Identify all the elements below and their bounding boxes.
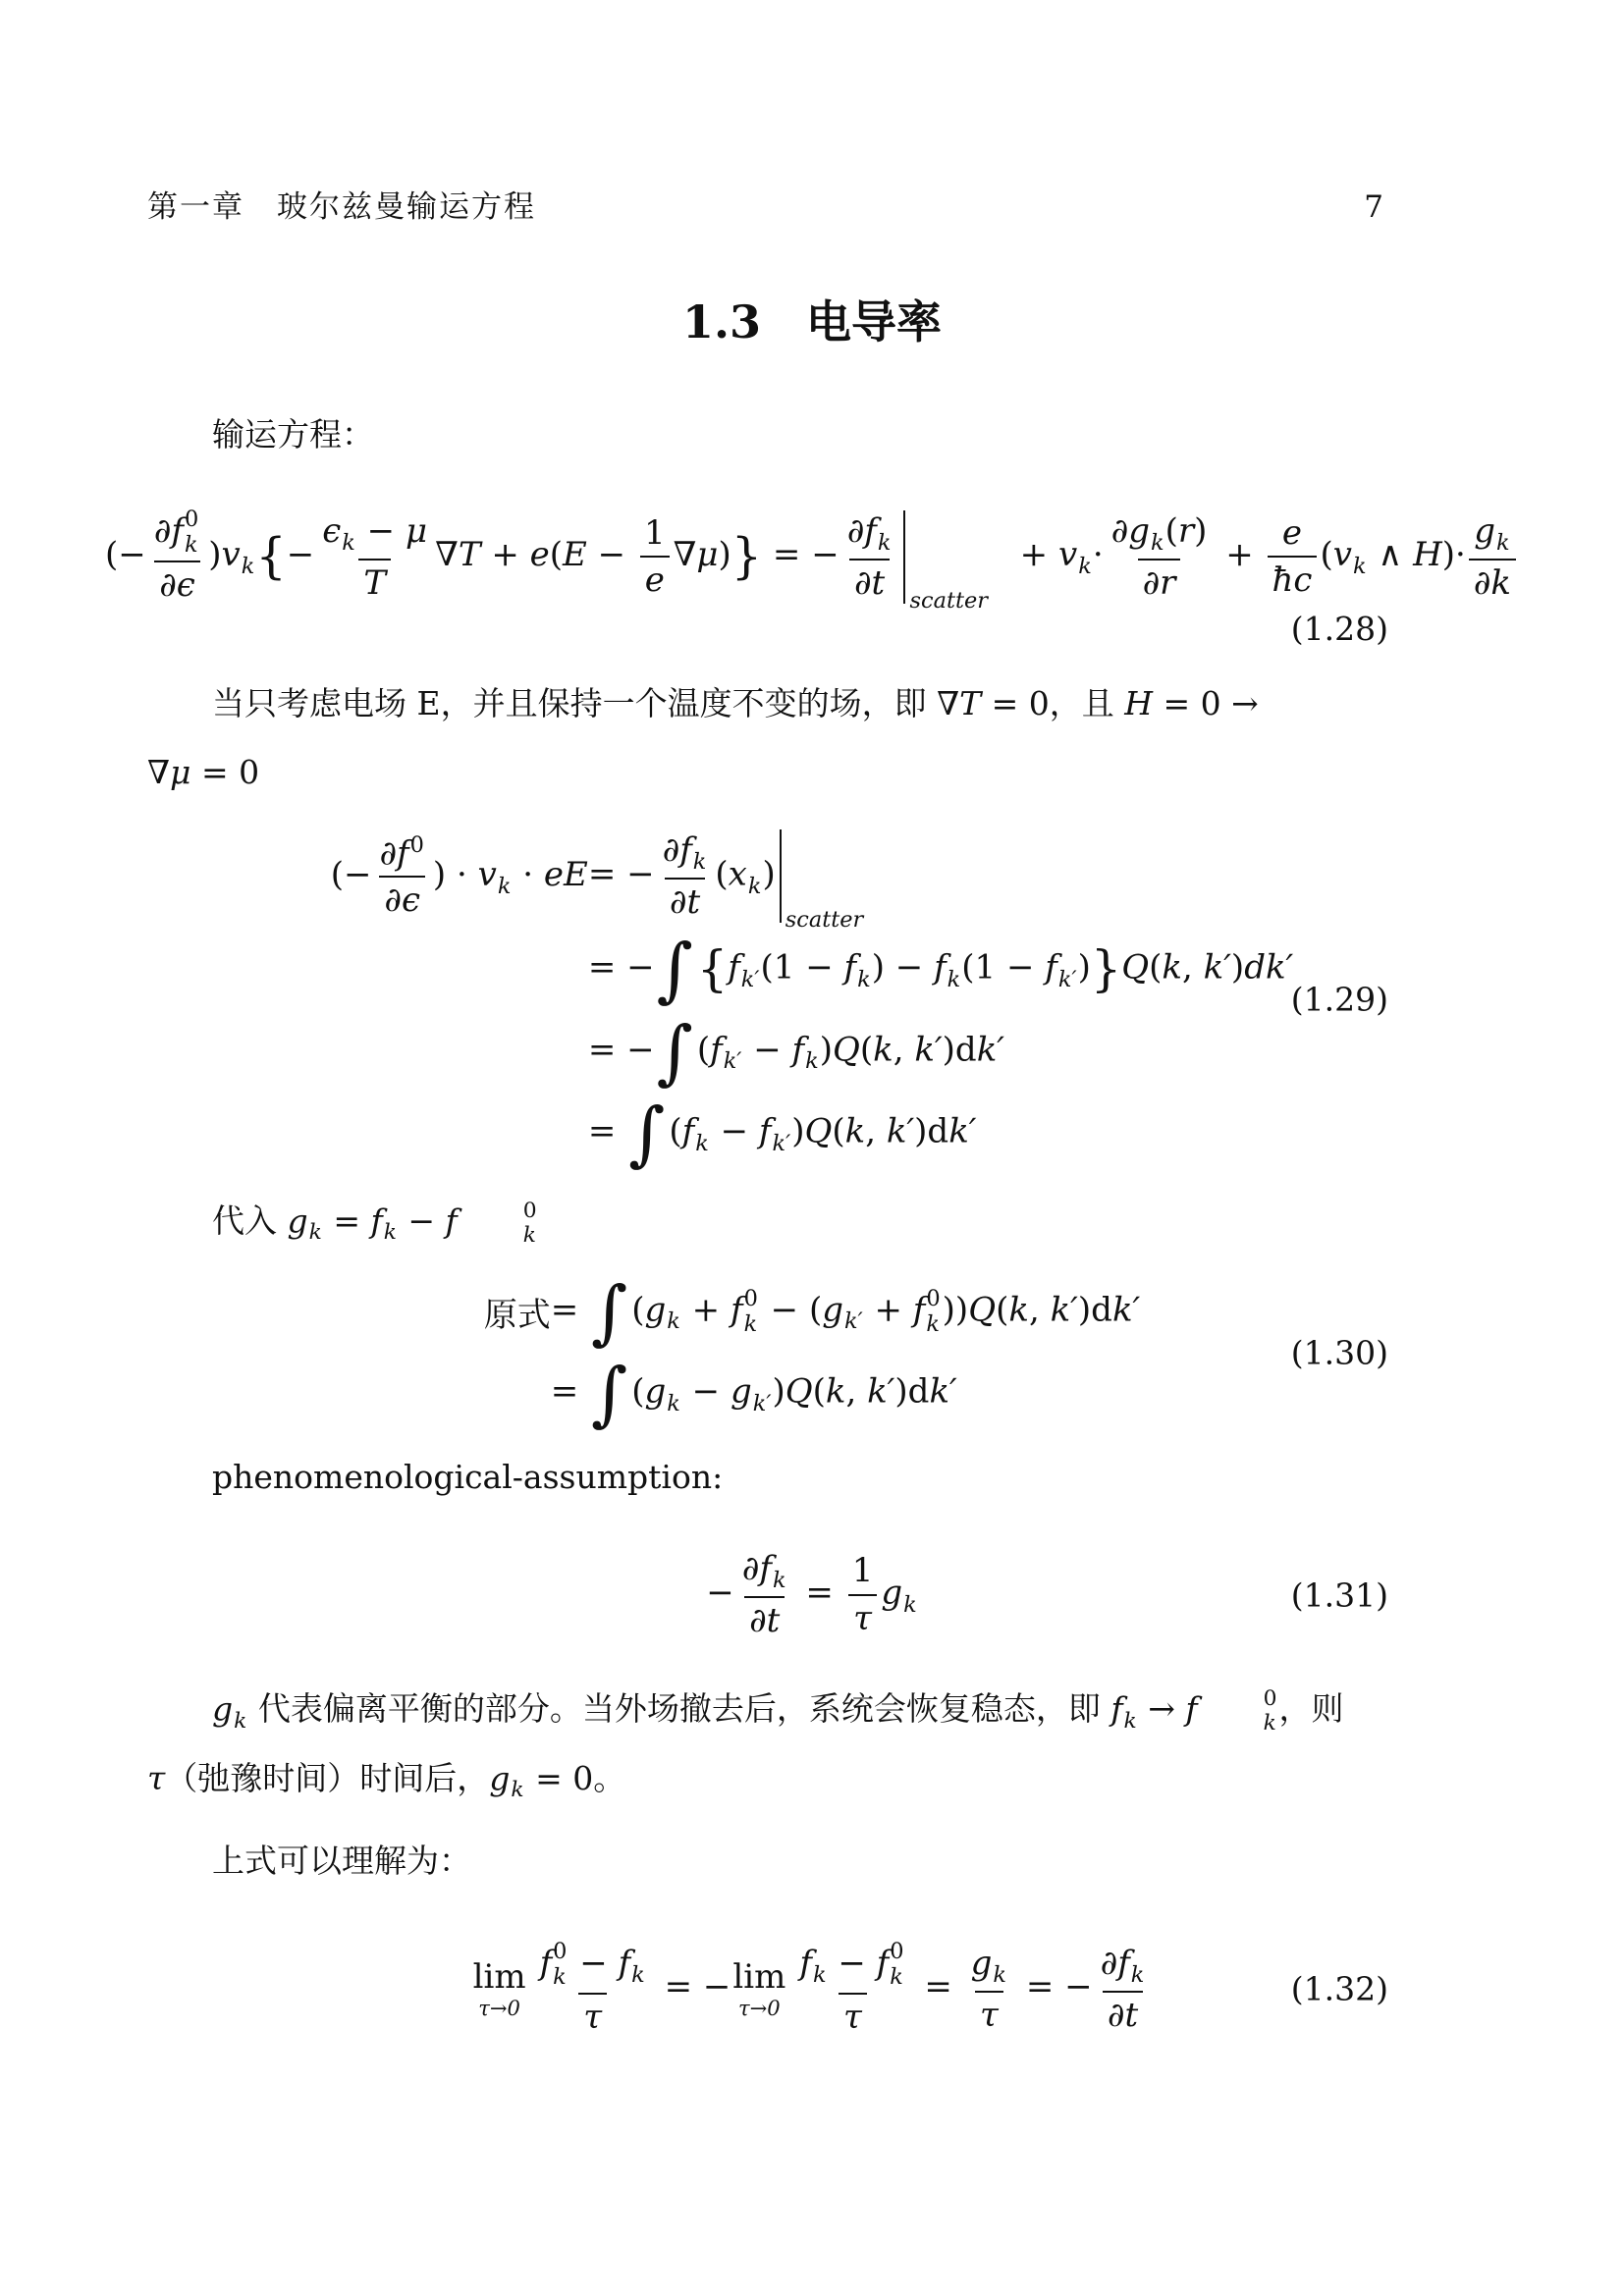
running-chapter-title: 第一章 玻尔兹曼输运方程 xyxy=(147,182,536,226)
equation-body: limτ→0f0k − fkτ = −limτ→0fk − f0kτ = gkτ… xyxy=(471,1940,1154,2038)
equation-1-31: −∂fk∂t = 1τgk (1.31) xyxy=(147,1548,1477,1641)
paragraph-line: 上式可以理解为： xyxy=(147,1827,1477,1895)
paragraph-transport-equation: 输运方程： xyxy=(147,400,1477,468)
paragraph-line: τ（弛豫时间）时间后，gk = 0。 xyxy=(147,1744,1477,1813)
paragraph-understand: 上式可以理解为： xyxy=(147,1827,1477,1895)
equation-tag-1-29: (1.29) xyxy=(1291,980,1388,1018)
equation-1-30: 原式 = ∫(gk + f0k − (gk′ + f0k))Q(k, k′)dk… xyxy=(147,1277,1477,1429)
equation-tag-1-32: (1.32) xyxy=(1291,1970,1388,2008)
paragraph-relaxation: gk 代表偏离平衡的部分。当外场撤去后，系统会恢复稳态，即 fk → f0k，则… xyxy=(147,1675,1477,1813)
equation-tag-1-28: (1.28) xyxy=(147,610,1477,648)
equation-1-28: (−∂f0k∂ϵ)vk{−ϵk − μT∇T + e(E − 1e∇μ)} = … xyxy=(147,507,1477,606)
equation-body: (−∂f0∂ϵ) · vk · eE = −∂fk∂t(xk)scatter =… xyxy=(331,829,1294,1169)
equation-body: (−∂f0k∂ϵ)vk{−ϵk − μT∇T + e(E − 1e∇μ)} = … xyxy=(105,507,1519,606)
paragraph-line: phenomenological-assumption: xyxy=(147,1443,1477,1511)
paragraph-phenomenological: phenomenological-assumption: xyxy=(147,1443,1477,1511)
equation-body: −∂fk∂t = 1τgk xyxy=(706,1548,917,1641)
paragraph-line: ∇μ = 0 xyxy=(147,738,1477,806)
paragraph-electric-field-condition: 当只考虑电场 E，并且保持一个温度不变的场，即 ∇T = 0，且 H = 0 →… xyxy=(147,669,1477,806)
document-page: 第一章 玻尔兹曼输运方程 7 1.3 电导率 输运方程： (−∂f0k∂ϵ)vk… xyxy=(0,0,1624,2296)
equation-tag-1-31: (1.31) xyxy=(1291,1575,1388,1614)
paragraph-line: gk 代表偏离平衡的部分。当外场撤去后，系统会恢复稳态，即 fk → f0k，则 xyxy=(147,1675,1477,1743)
paragraph-line: 代入 gk = fk − f0k xyxy=(147,1187,1477,1255)
equation-body: 原式 = ∫(gk + f0k − (gk′ + f0k))Q(k, k′)dk… xyxy=(484,1277,1141,1429)
paragraph-substitute: 代入 gk = fk − f0k xyxy=(147,1187,1477,1255)
page-number: 7 xyxy=(1364,189,1383,225)
paragraph-line: 当只考虑电场 E，并且保持一个温度不变的场，即 ∇T = 0，且 H = 0 → xyxy=(147,669,1477,737)
paragraph-line: 输运方程： xyxy=(147,400,1477,468)
equation-1-29: (−∂f0∂ϵ) · vk · eE = −∂fk∂t(xk)scatter =… xyxy=(147,829,1477,1169)
equation-tag-1-30: (1.30) xyxy=(1291,1334,1388,1372)
equation-1-32: limτ→0f0k − fkτ = −limτ→0fk − f0kτ = gkτ… xyxy=(147,1940,1477,2038)
section-heading: 1.3 电导率 xyxy=(147,287,1477,351)
page-header: 第一章 玻尔兹曼输运方程 7 xyxy=(147,182,1477,226)
